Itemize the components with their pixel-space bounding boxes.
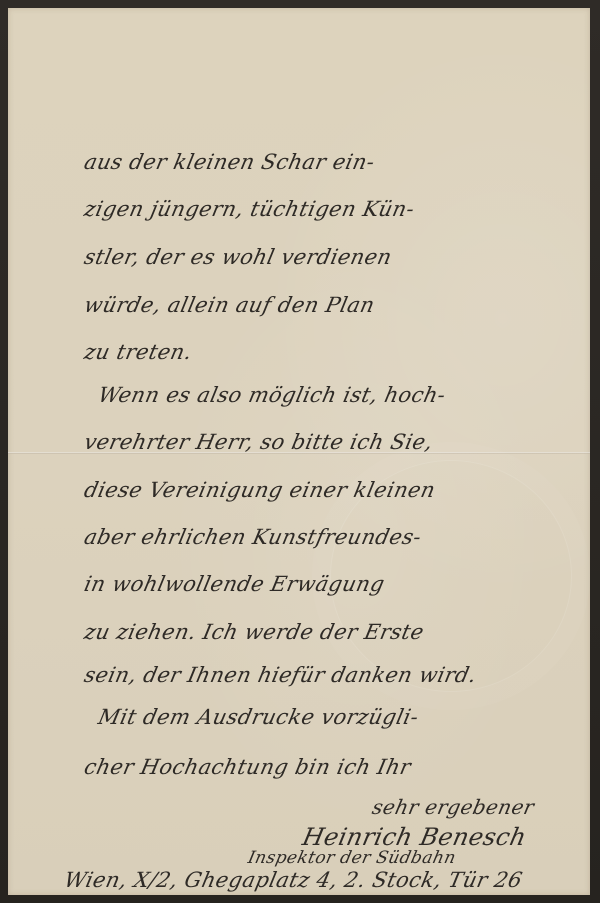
letter-line-13: Mit dem Ausdrucke vorzügli- [96, 705, 421, 729]
letter-line-11: zu ziehen. Ich werde der Erste [82, 620, 426, 644]
letter-line-14: cher Hochachtung bin ich Ihr [82, 755, 413, 779]
letter-line-3: stler, der es wohl verdienen [82, 245, 394, 269]
letter-line-8: diese Vereinigung einer kleinen [82, 478, 438, 502]
closing-phrase: sehr ergebener [370, 795, 537, 819]
signature: Heinrich Benesch [300, 823, 529, 851]
signer-title: Inspektor der Südbahn [246, 848, 458, 868]
letter-line-7: verehrter Herr, so bitte ich Sie, [82, 430, 435, 454]
letter-line-5: zu treten. [82, 340, 194, 364]
letter-line-9: aber ehrlichen Kunstfreundes- [82, 525, 424, 549]
sender-address: Wien, X/2, Ghegaplatz 4, 2. Stock, Tür 2… [62, 868, 525, 892]
letter-line-10: in wohlwollende Erwägung [82, 572, 387, 596]
letter-line-2: zigen jüngern, tüchtigen Kün- [82, 197, 417, 221]
letter-line-12: sein, der Ihnen hiefür danken wird. [82, 663, 479, 687]
letter-line-4: würde, allein auf den Plan [82, 293, 377, 317]
letter-line-1: aus der kleinen Schar ein- [82, 150, 377, 174]
letter-line-6: Wenn es also möglich ist, hoch- [96, 383, 448, 407]
